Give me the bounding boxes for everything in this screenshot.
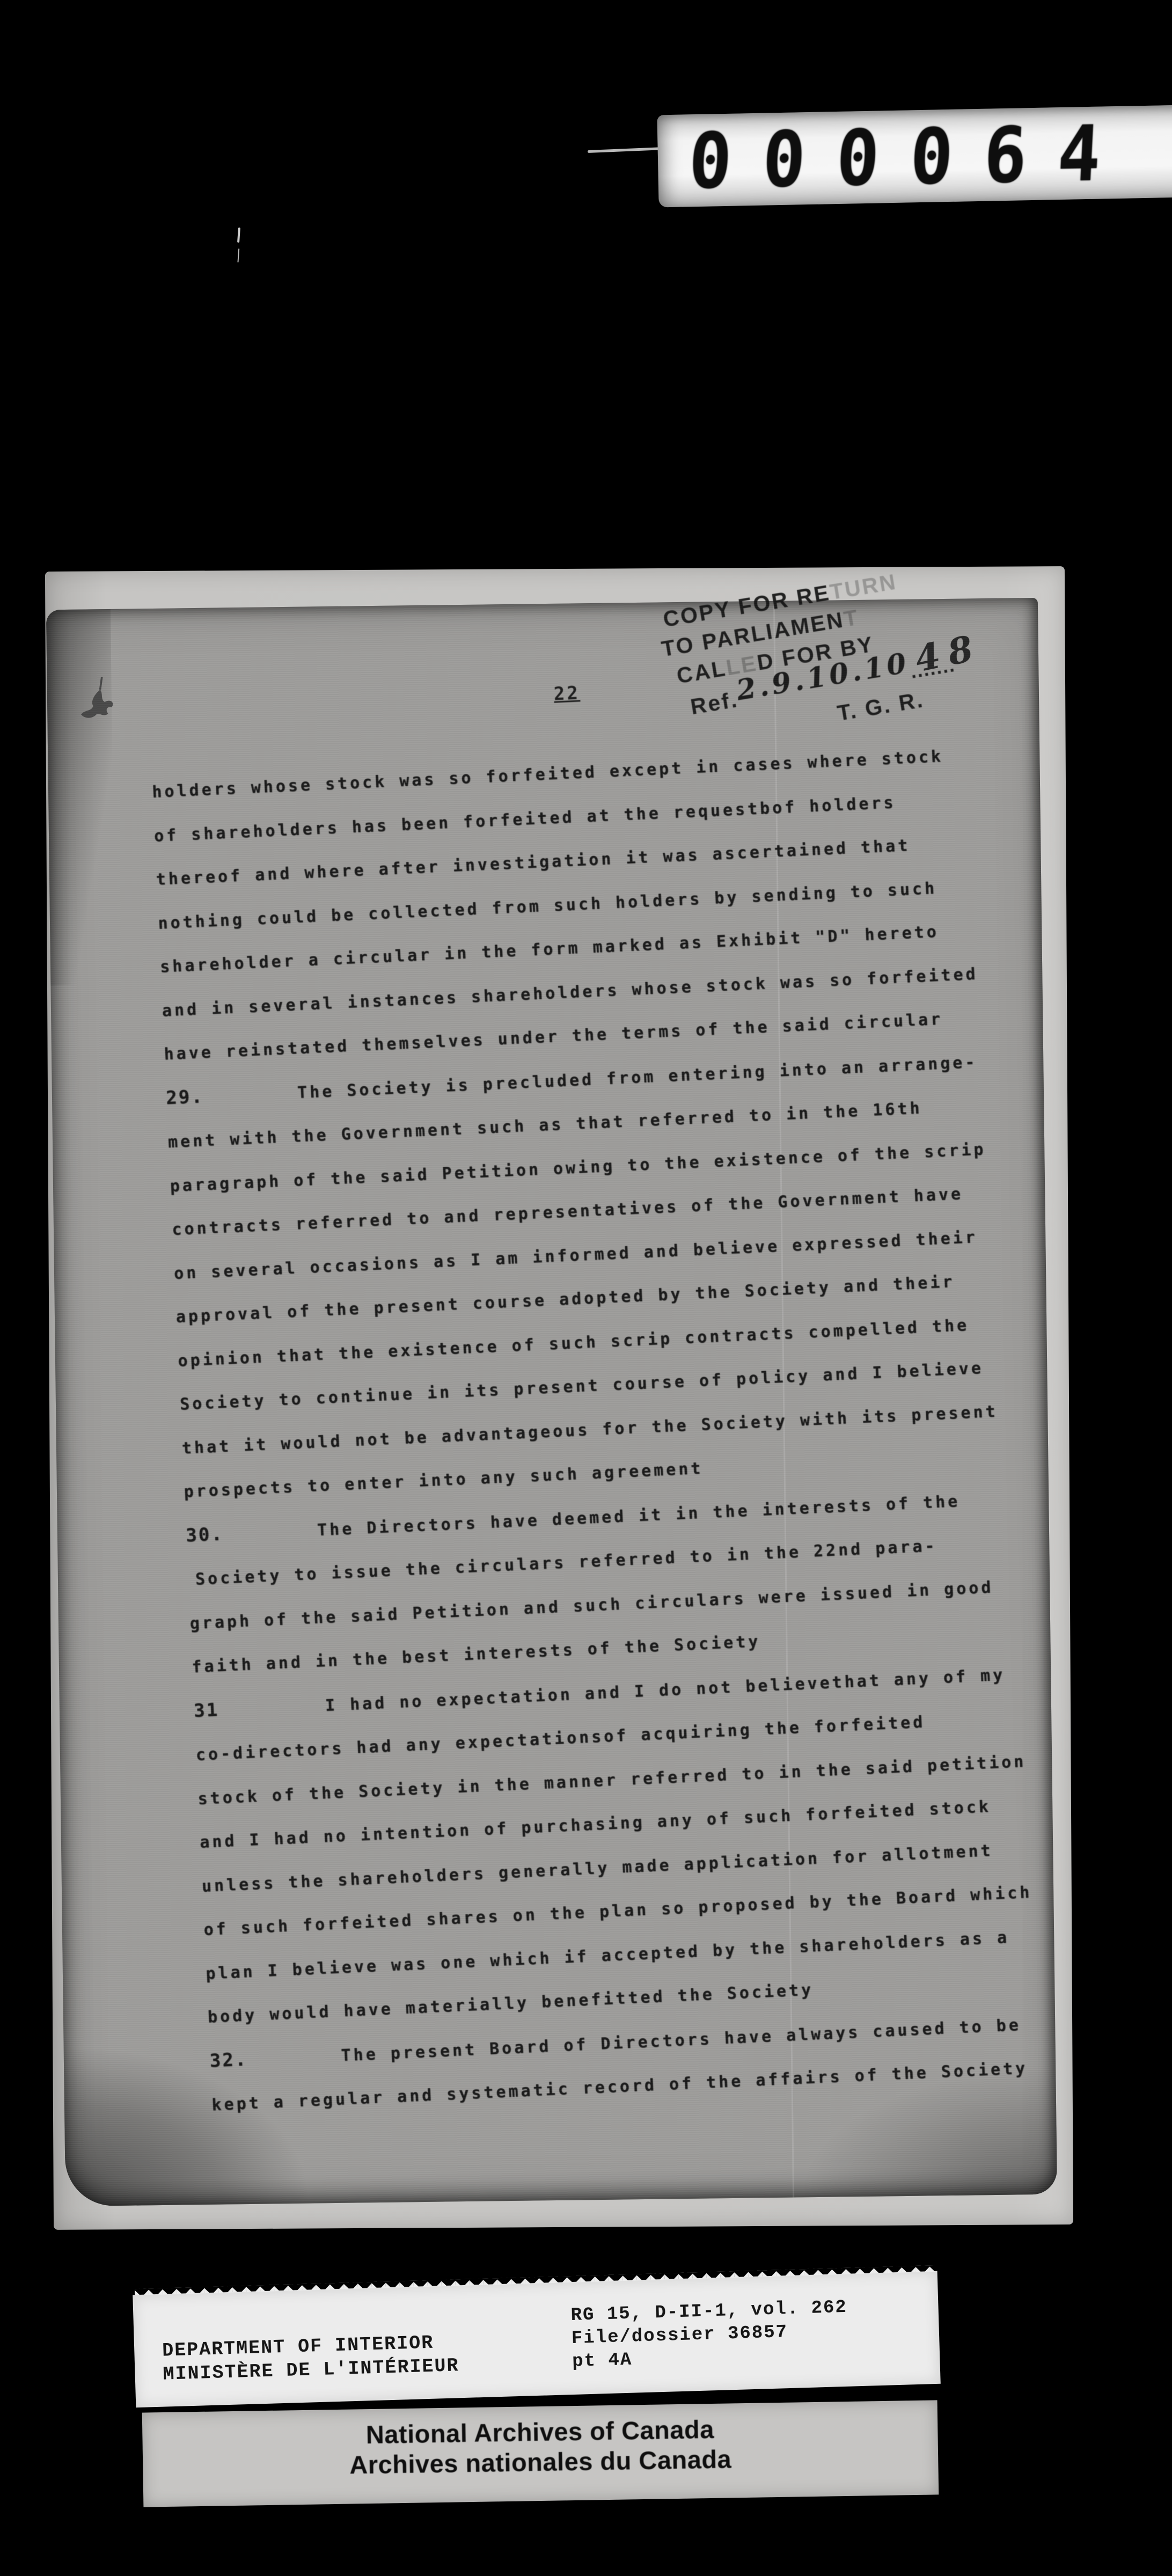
page-left-shadow (46, 609, 115, 985)
document-page: 22 48 COPY FOR RETURN TO PARLIAMENT CALL… (46, 598, 1057, 2206)
department-label: DEPARTMENT OF INTERIOR MINISTÈRE DE L'IN… (162, 2330, 459, 2386)
archive-reference-strip: DEPARTMENT OF INTERIOR MINISTÈRE DE L'IN… (133, 2271, 941, 2407)
record-group-label: RG 15, D-II-1, vol. 262 File/dossier 368… (570, 2296, 849, 2374)
film-scratch-artifact (237, 228, 240, 243)
page-number: 22 (553, 682, 581, 705)
frame-counter-digits: 000064 (686, 102, 1134, 210)
frame-counter-strip: 000064 (657, 105, 1172, 208)
archives-banner-strip: National Archives of Canada Archives nat… (142, 2400, 939, 2507)
microfilm-scan: { "counter": { "digits": "000064" }, "an… (0, 0, 1172, 2576)
typewritten-text-block: holders whose stock was so forfeited exc… (151, 731, 1092, 2127)
paper-crease-mark (71, 672, 136, 731)
